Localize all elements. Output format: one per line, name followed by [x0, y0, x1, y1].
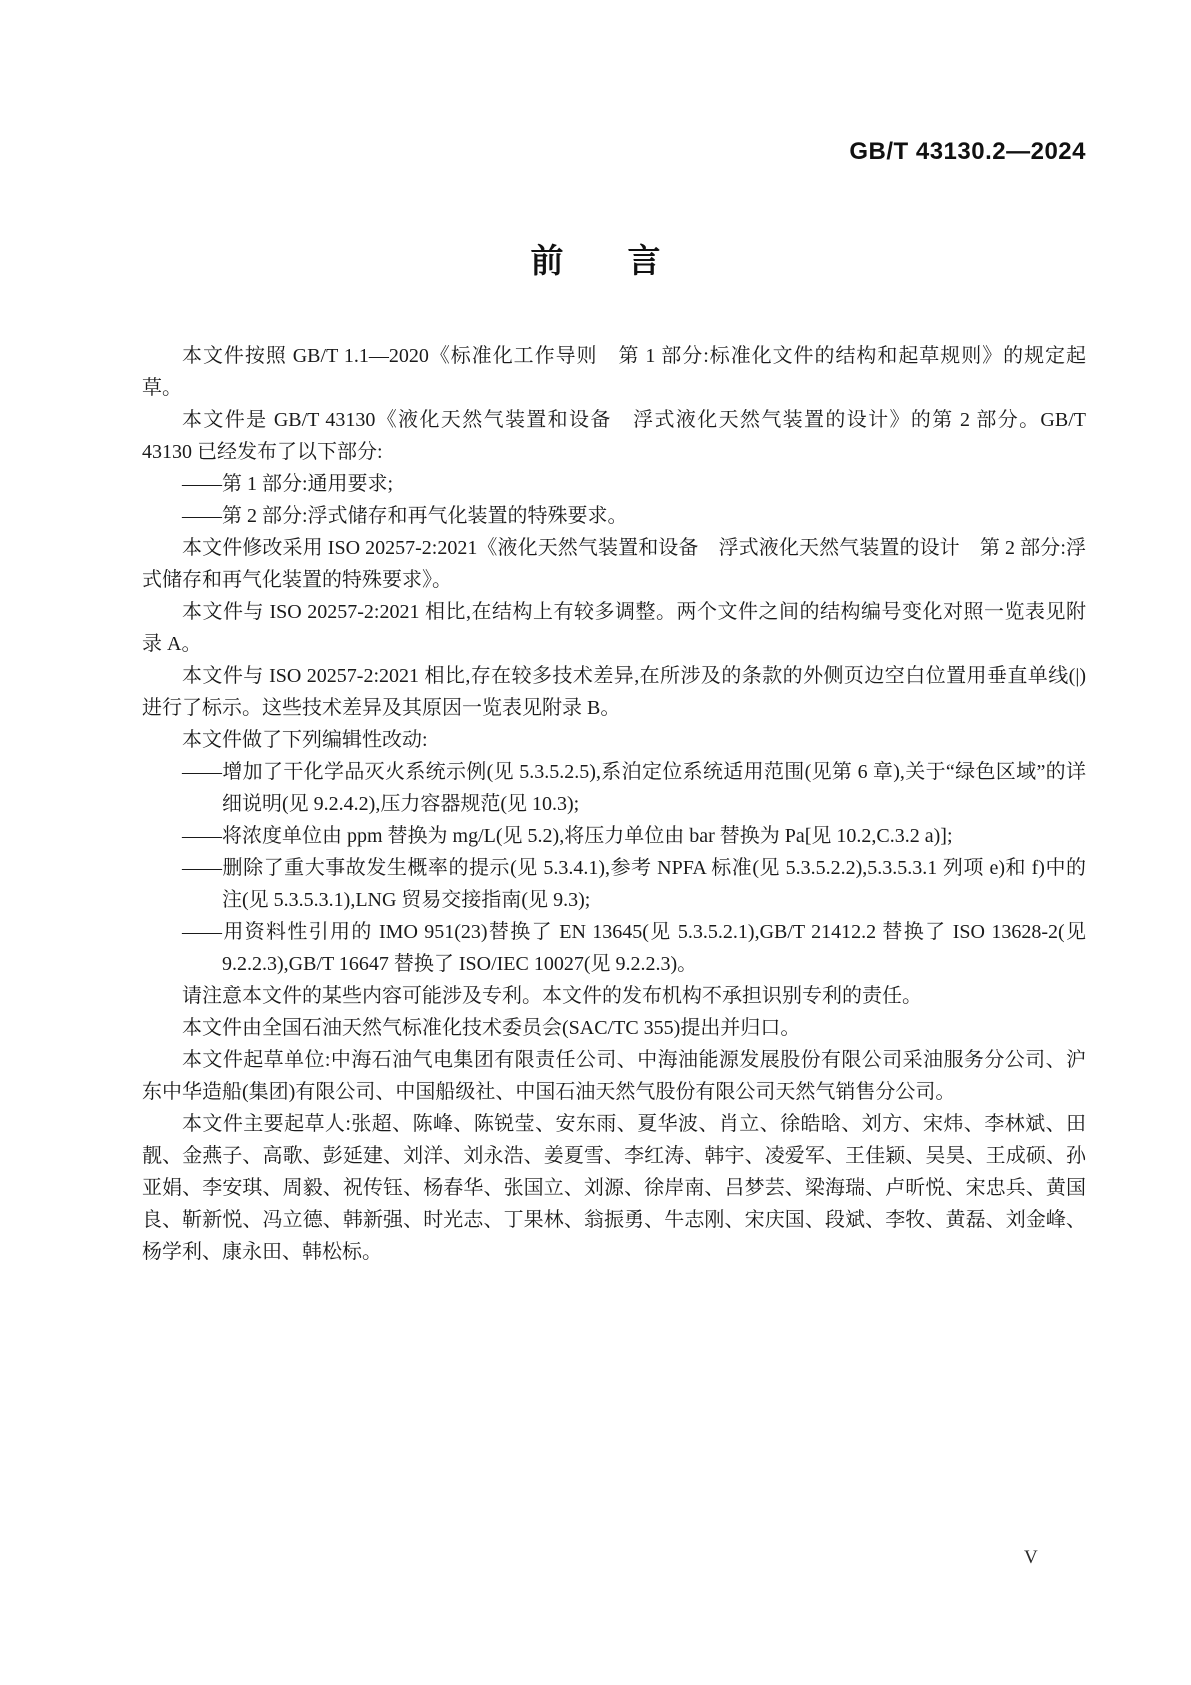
foreword-paragraph: 本文件是 GB/T 43130《液化天然气装置和设备 浮式液化天然气装置的设计》… — [142, 404, 1086, 468]
foreword-paragraph: 本文件做了下列编辑性改动: — [142, 724, 1086, 756]
foreword-title-char-2: 言 — [628, 243, 661, 279]
foreword-paragraph: 本文件按照 GB/T 1.1—2020《标准化工作导则 第 1 部分:标准化文件… — [142, 340, 1086, 404]
foreword-list-item: ——删除了重大事故发生概率的提示(见 5.3.4.1),参考 NPFA 标准(见… — [142, 852, 1086, 916]
foreword-list-item: ——将浓度单位由 ppm 替换为 mg/L(见 5.2),将压力单位由 bar … — [142, 820, 1086, 852]
foreword-title-char-1: 前 — [531, 243, 564, 279]
foreword-paragraph: 本文件与 ISO 20257-2:2021 相比,存在较多技术差异,在所涉及的条… — [142, 660, 1086, 724]
document-page: GB/T 43130.2—2024 前 言 本文件按照 GB/T 1.1—202… — [0, 0, 1191, 1685]
foreword-paragraph: 本文件由全国石油天然气标准化技术委员会(SAC/TC 355)提出并归口。 — [142, 1012, 1086, 1044]
page-number: V — [1024, 1547, 1038, 1569]
foreword-body: 本文件按照 GB/T 1.1—2020《标准化工作导则 第 1 部分:标准化文件… — [142, 340, 1086, 1268]
foreword-list-item: ——用资料性引用的 IMO 951(23)替换了 EN 13645(见 5.3.… — [142, 916, 1086, 980]
standard-doc-number: GB/T 43130.2—2024 — [849, 138, 1086, 166]
foreword-list-item: ——增加了干化学品灭火系统示例(见 5.3.5.2.5),系泊定位系统适用范围(… — [142, 756, 1086, 820]
foreword-title: 前 言 — [0, 243, 1191, 279]
foreword-paragraph: 本文件修改采用 ISO 20257-2:2021《液化天然气装置和设备 浮式液化… — [142, 532, 1086, 596]
foreword-paragraph: 本文件与 ISO 20257-2:2021 相比,在结构上有较多调整。两个文件之… — [142, 596, 1086, 660]
foreword-list-item: ——第 1 部分:通用要求; — [142, 468, 1086, 500]
foreword-list-item: ——第 2 部分:浮式储存和再气化装置的特殊要求。 — [142, 500, 1086, 532]
foreword-paragraph: 本文件起草单位:中海石油气电集团有限责任公司、中海油能源发展股份有限公司采油服务… — [142, 1044, 1086, 1108]
foreword-paragraph: 本文件主要起草人:张超、陈峰、陈锐莹、安东雨、夏华波、肖立、徐皓晗、刘方、宋炜、… — [142, 1108, 1086, 1268]
foreword-paragraph: 请注意本文件的某些内容可能涉及专利。本文件的发布机构不承担识别专利的责任。 — [142, 980, 1086, 1012]
